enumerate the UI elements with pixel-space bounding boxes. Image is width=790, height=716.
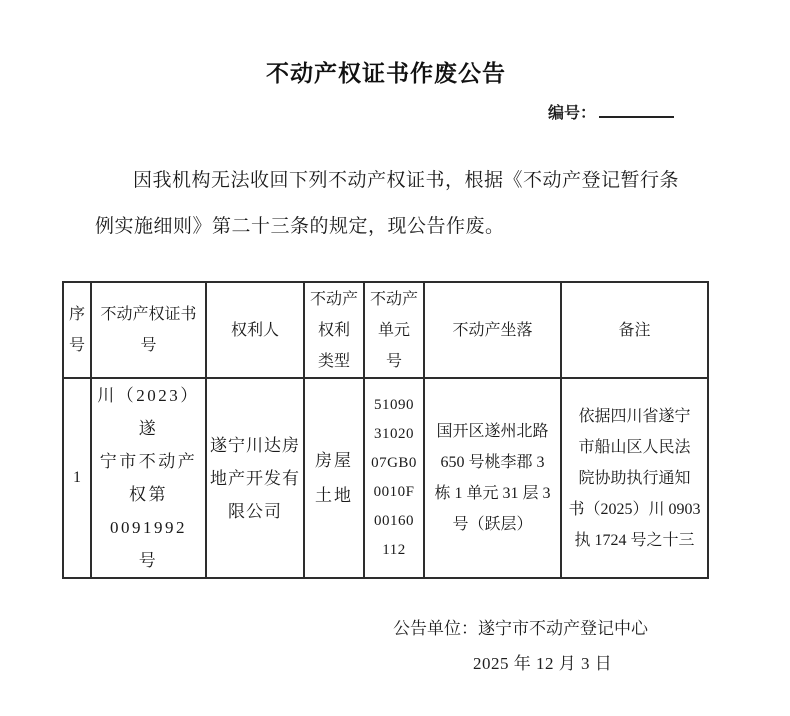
- certificate-invalidation-table: 序 号 不动产权证书 号 权利人 不动产 权利 类型 不动产 单元 号 不动产坐…: [62, 281, 709, 579]
- body-paragraph-line2: 例实施细则》第二十三条的规定，现公告作废。: [95, 211, 505, 238]
- table-row: 1 川（2023）遂 宁市不动产 权第 0091992 号 遂宁川达房 地产开发…: [63, 378, 708, 578]
- cell-certificate-no: 川（2023）遂 宁市不动产 权第 0091992 号: [91, 378, 206, 578]
- col-header-index: 序 号: [63, 282, 91, 378]
- number-line: 编号：: [548, 100, 674, 123]
- cell-unit-no: 51090 31020 07GB0 0010F 00160 112: [364, 378, 424, 578]
- col-header-certificate-no: 不动产权证书 号: [91, 282, 206, 378]
- cell-right-type: 房屋 土地: [304, 378, 364, 578]
- col-header-remark: 备注: [561, 282, 708, 378]
- cell-holder: 遂宁川达房 地产开发有 限公司: [206, 378, 304, 578]
- col-header-location: 不动产坐落: [424, 282, 561, 378]
- document-page: 不动产权证书作废公告 编号： 因我机构无法收回下列不动产权证书，根据《不动产登记…: [0, 0, 790, 716]
- date-line: 2025 年 12 月 3 日: [473, 649, 612, 674]
- cell-location: 国开区遂州北路 650 号桃李郡 3 栋 1 单元 31 层 3 号（跃层）: [424, 378, 561, 578]
- body-paragraph-line1: 因我机构无法收回下列不动产权证书，根据《不动产登记暂行条: [133, 165, 679, 192]
- number-label: 编号：: [548, 105, 596, 122]
- issuer-line: 公告单位：遂宁市不动产登记中心: [393, 614, 648, 639]
- col-header-holder: 权利人: [206, 282, 304, 378]
- cell-index: 1: [63, 378, 91, 578]
- page-title: 不动产权证书作废公告: [0, 55, 772, 88]
- col-header-unit-no: 不动产 单元 号: [364, 282, 424, 378]
- table-header-row: 序 号 不动产权证书 号 权利人 不动产 权利 类型 不动产 单元 号 不动产坐…: [63, 282, 708, 378]
- cell-remark: 依据四川省遂宁 市船山区人民法 院协助执行通知 书（2025）川 0903 执 …: [561, 378, 708, 578]
- col-header-right-type: 不动产 权利 类型: [304, 282, 364, 378]
- number-blank-underline: [599, 102, 674, 118]
